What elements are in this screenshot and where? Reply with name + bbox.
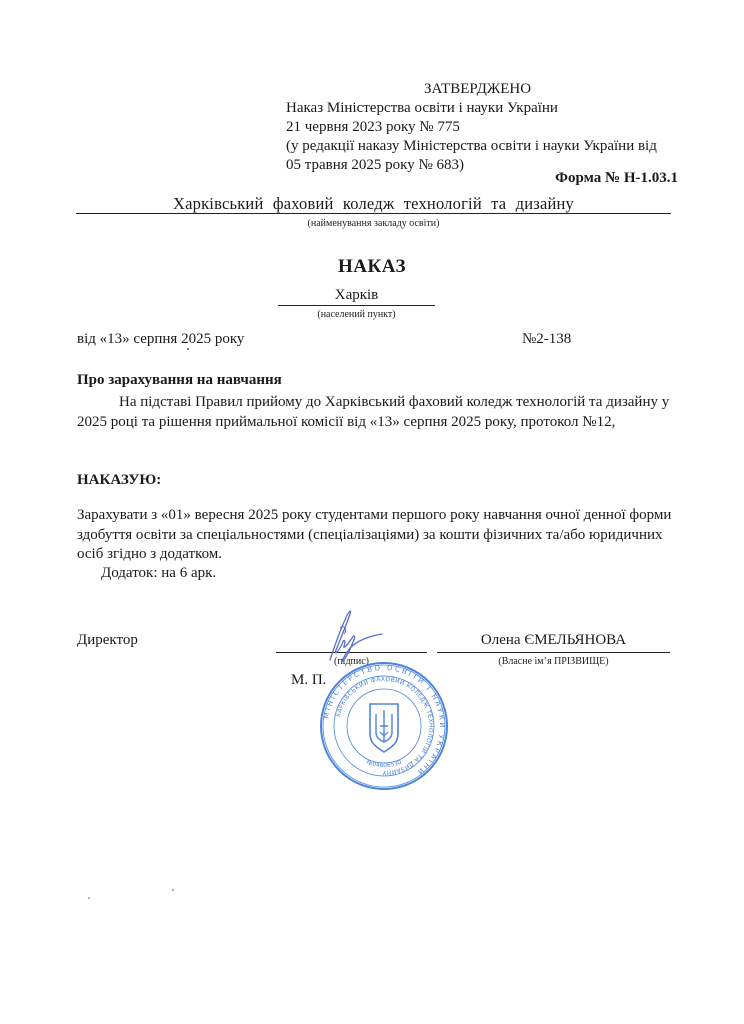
annex-note: Додаток: на 6 арк. <box>101 565 216 582</box>
scan-speck <box>187 348 189 350</box>
city-caption: (населений пункт) <box>278 309 435 320</box>
name-caption: (Власне ім’я ПРІЗВИЩЕ) <box>437 656 670 667</box>
approval-heading: ЗАТВЕРДЖЕНО <box>286 80 657 99</box>
city: Харків <box>278 287 435 304</box>
scan-speck <box>88 897 90 899</box>
order-heading: НАКАЗУЮ: <box>77 472 161 489</box>
institution-caption: (найменування закладу освіти) <box>76 218 671 229</box>
form-number: Форма № Н-1.03.1 <box>555 170 678 187</box>
document-date: від «13» серпня 2025 року <box>77 331 244 348</box>
document-number: №2-138 <box>522 331 571 348</box>
signatory-position: Директор <box>77 632 138 649</box>
order-text: Зарахувати з «01» вересня 2025 року студ… <box>77 506 677 565</box>
scan-speck <box>172 889 174 891</box>
institution-name: Харківський фаховий коледж технологій та… <box>76 194 671 214</box>
approval-line: (у редакції наказу Міністерства освіти і… <box>286 137 657 156</box>
document-subject: Про зарахування на навчання <box>77 372 282 389</box>
name-line <box>437 652 670 653</box>
document-title: НАКАЗ <box>0 256 744 278</box>
approval-block: ЗАТВЕРДЖЕНО Наказ Міністерства освіти і … <box>286 80 657 175</box>
approval-line: Наказ Міністерства освіти і науки Україн… <box>286 99 657 118</box>
institution-underline <box>76 213 671 214</box>
preamble-text: На підставі Правил прийому до Харківськи… <box>77 394 669 430</box>
official-stamp-icon: МІНІСТЕРСТВО ОСВІТИ І НАУКИ УКРАЇНИ ХАРК… <box>318 660 450 792</box>
preamble: На підставі Правил прийому до Харківськи… <box>77 393 677 432</box>
signatory-name: Олена ЄМЕЛЬЯНОВА <box>437 632 670 649</box>
city-underline <box>278 305 435 306</box>
approval-line: 21 червня 2023 року № 775 <box>286 118 657 137</box>
